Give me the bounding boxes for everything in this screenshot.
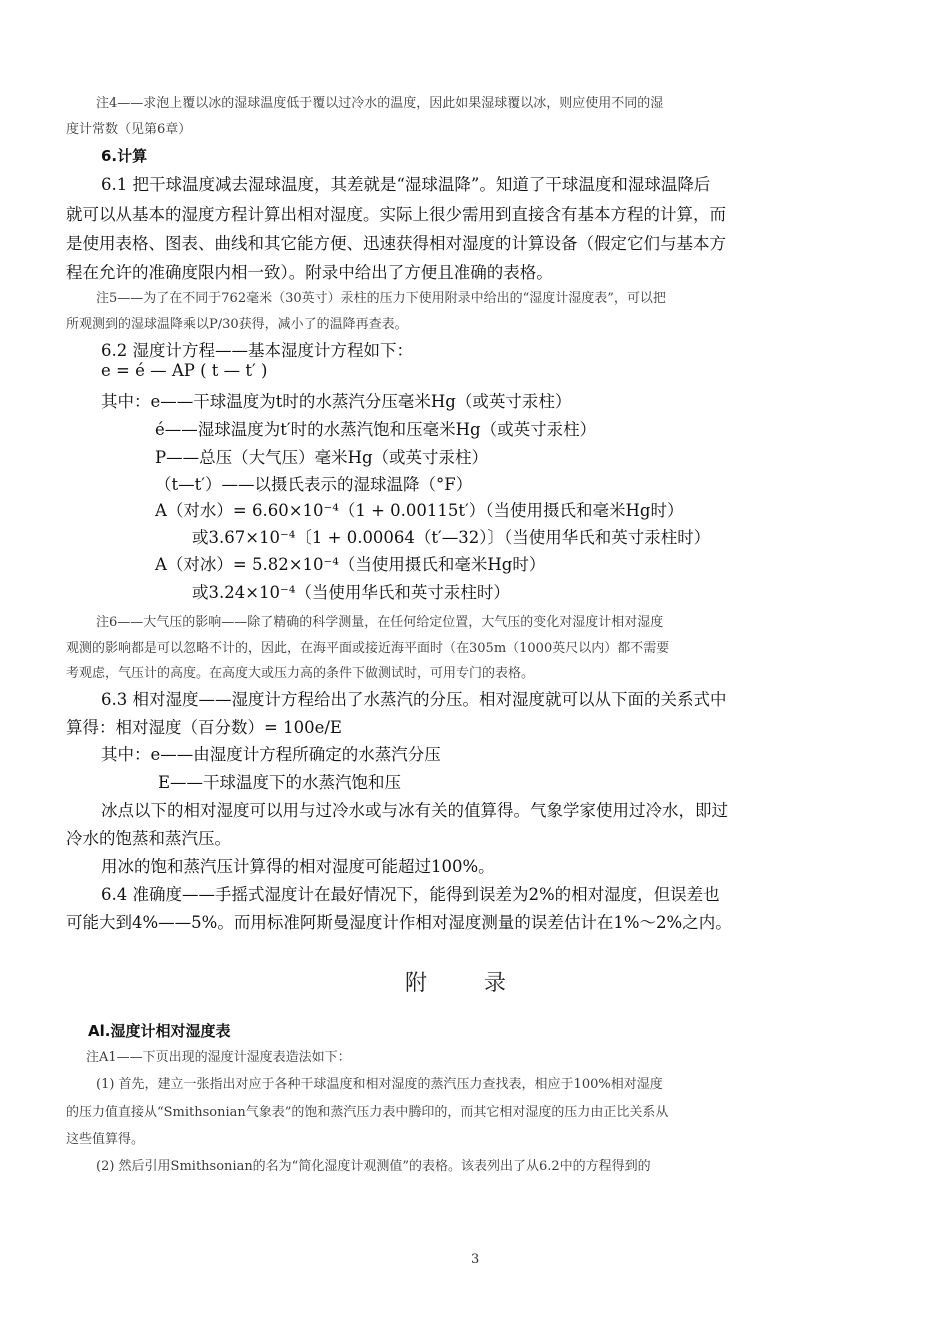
note-6-line-2: 观测的影响都是可以忽略不计的，因此，在海平面或接近海平面时（在305m（1000… xyxy=(66,637,669,656)
note-6-line-3: 考观虑，气压计的高度。在高度大或压力高的条件下做测试时，可用专门的表格。 xyxy=(66,662,534,681)
document-page: 注4——求泡上覆以冰的湿球温度低于覆以过冷水的温度，因此如果湿球覆以冰，则应使用… xyxy=(0,0,950,1329)
note-4-line-1: 注4——求泡上覆以冰的湿球温度低于覆以过冷水的温度，因此如果湿球覆以冰，则应使用… xyxy=(96,92,663,111)
appendix-a1-heading: Al.湿度计相对湿度表 xyxy=(88,1020,230,1041)
note-4-line-2: 度计常数（见第6章） xyxy=(66,118,191,137)
paragraph-6-1-line-2: 就可以从基本的湿度方程计算出相对湿度。实际上很少需用到直接含有基本方程的计算，而 xyxy=(66,201,726,225)
definition-depression: （t—t′）——以摄氏表示的湿球温降（°F） xyxy=(155,471,472,495)
definition-e-saturation: E——干球温度下的水蒸汽饱和压 xyxy=(158,769,401,793)
note-5-line-2: 所观测到的湿球温降乘以P/30获得，减小了的温降再查表。 xyxy=(66,313,408,332)
section-heading: 6.计算 xyxy=(101,145,147,166)
note-6-line-1: 注6——大气压的影响——除了精确的科学测量，在任何给定位置，大气压的变化对湿度计… xyxy=(96,611,663,630)
item-2-line-1: (2) 然后引用Smithsonian的名为“简化湿度计观测值”的表格。该表列出… xyxy=(96,1155,651,1174)
item-1-line-1: (1) 首先，建立一张指出对应于各种干球温度和相对湿度的蒸汽压力查找表，相应于1… xyxy=(96,1073,663,1092)
item-1-line-3: 这些值算得。 xyxy=(66,1128,144,1147)
definition-e-partial: 其中：e——由湿度计方程所确定的水蒸汽分压 xyxy=(101,741,441,765)
paragraph-6-4-line-2: 可能大到4%——5%。而用标准阿斯曼湿度计作相对湿度测量的误差估计在1%～2%之… xyxy=(66,909,732,933)
page-number: 3 xyxy=(471,1252,479,1267)
a-ice-fahrenheit: 或3.24×10⁻⁴（当使用华氏和英寸汞柱时） xyxy=(192,579,510,603)
paragraph-6-4-line-1: 6.4 准确度——手摇式湿度计在最好情况下，能得到误差为2%的相对湿度，但误差也 xyxy=(101,881,720,905)
item-1-line-2: 的压力值直接从“Smithsonian气象表”的饱和蒸汽压力表中腾印的，而其它相… xyxy=(66,1101,668,1120)
note-a1: 注A1——下页出现的湿度计湿度表造法如下： xyxy=(86,1046,351,1065)
appendix-title-right: 录 xyxy=(484,966,506,997)
a-ice-celsius: A（对冰）= 5.82×10⁻⁴（当使用摄氏和毫米Hg时） xyxy=(155,551,545,575)
appendix-title-left: 附 xyxy=(405,966,427,997)
definition-e: 其中：e——干球温度为t时的水蒸汽分压毫米Hg（或英寸汞柱） xyxy=(101,388,571,412)
paragraph-6-1-line-3: 是使用表格、图表、曲线和其它能方便、迅速获得相对湿度的计算设备（假定它们与基本方 xyxy=(66,230,726,254)
paragraph-freezing-line-2: 冷水的饱蒸和蒸汽压。 xyxy=(66,825,231,849)
paragraph-6-3-line-2: 算得：相对湿度（百分数）= 100e/E xyxy=(66,714,342,738)
note-5-line-1: 注5——为了在不同于762毫米（30英寸）汞柱的压力下使用附录中给出的“湿度计湿… xyxy=(96,287,666,306)
psychrometer-equation: e = é — AP ( t — t′ ) xyxy=(101,361,267,380)
paragraph-6-1-line-4: 程在允许的准确度限内相一致）。附录中给出了方便且准确的表格。 xyxy=(66,259,553,283)
definition-e-prime: é——湿球温度为t′时的水蒸汽饱和压毫米Hg（或英寸汞柱） xyxy=(155,416,596,440)
paragraph-ice-saturation: 用冰的饱和蒸汽压计算得的相对湿度可能超过100%。 xyxy=(101,853,495,877)
a-water-celsius: A（对水）= 6.60×10⁻⁴（1 + 0.00115t′）（当使用摄氏和毫米… xyxy=(155,497,684,521)
definition-p: P——总压（大气压）毫米Hg（或英寸汞柱） xyxy=(155,444,488,468)
paragraph-6-1-line-1: 6.1 把干球温度减去湿球温度，其差就是“湿球温降”。知道了干球温度和湿球温降后 xyxy=(101,171,710,195)
paragraph-6-3-line-1: 6.3 相对湿度——湿度计方程给出了水蒸汽的分压。相对湿度就可以从下面的关系式中 xyxy=(101,686,727,710)
paragraph-6-2-heading: 6.2 湿度计方程——基本湿度计方程如下： xyxy=(101,337,413,361)
a-water-fahrenheit: 或3.67×10⁻⁴〔1 + 0.00064（t′—32）〕（当使用华氏和英寸汞… xyxy=(192,524,710,548)
paragraph-freezing-line-1: 冰点以下的相对湿度可以用与过冷水或与冰有关的值算得。气象学家使用过冷水，即过 xyxy=(101,797,728,821)
